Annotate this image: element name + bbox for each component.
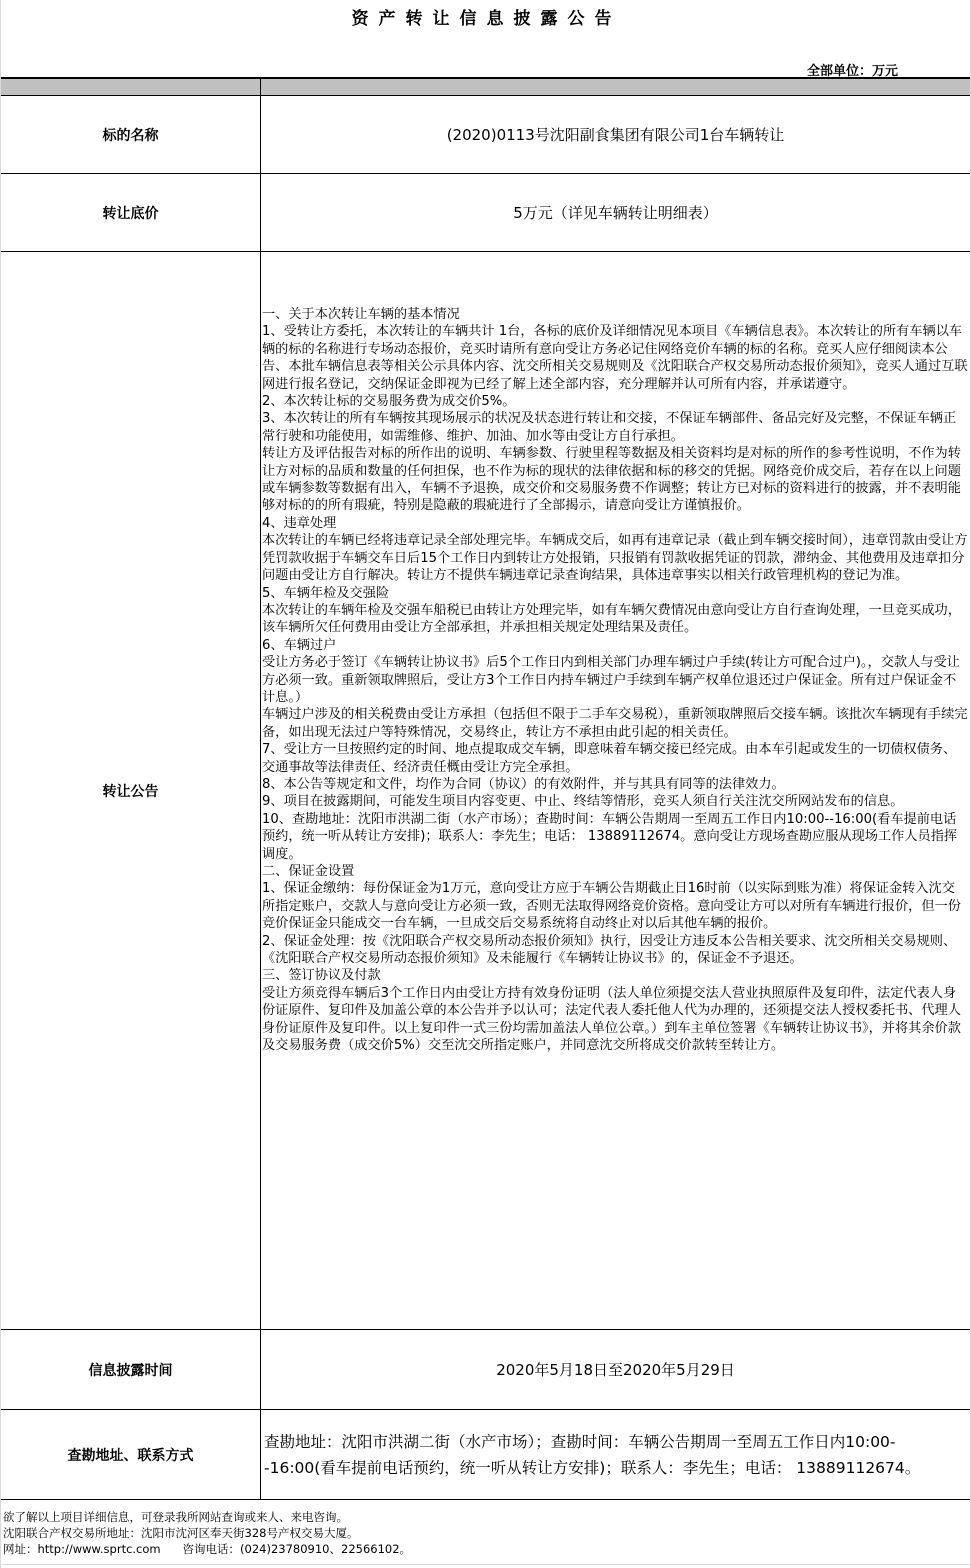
notice-paragraph: 7、受让方一旦按照约定的时间、地点提取成交车辆，即意味着车辆交接已经完成。由本车… — [262, 741, 968, 776]
row-inspection-contact: 查勘地址、联系方式 查勘地址：沈阳市洪湖二街（水产市场）；查勘时间：车辆公告期周… — [1, 1410, 971, 1500]
notice-paragraph: 3、本次转让的所有车辆按其现场展示的状况及状态进行转让和交接，不保证车辆部件、备… — [262, 410, 968, 445]
notice-paragraph: 8、本公告等规定和文件，均作为合同（协议）的有效附件，并与其具有同等的法律效力。 — [262, 776, 968, 793]
row-notice: 转让公告 一、关于本次转让车辆的基本情况 1、受转让方委托，本次转让的车辆共计 … — [1, 252, 971, 1330]
reserve-price-value: 5万元（详见车辆转让明细表） — [261, 174, 971, 252]
inspection-contact-label: 查勘地址、联系方式 — [1, 1410, 261, 1500]
page-title: 资产转让信息披露公告 — [1, 4, 971, 29]
notice-paragraph: 车辆过户涉及的相关税费由受让方承担（包括但不限于二手车交易税），重新领取牌照后交… — [262, 706, 968, 741]
notice-paragraphs: 一、关于本次转让车辆的基本情况 1、受转让方委托，本次转让的车辆共计 1台，各标… — [262, 252, 968, 1106]
notice-paragraph: 本次转让的车辆已经将违章记录全部处理完毕。车辆成交后，如再有违章记录（截止到车辆… — [262, 532, 968, 584]
notice-body: 一、关于本次转让车辆的基本情况 1、受转让方委托，本次转让的车辆共计 1台，各标… — [261, 252, 971, 1330]
footer-address: 沈阳联合产权交易所地址：沈阳市沈河区奉天街328号产权交易大厦。 — [3, 1525, 411, 1541]
footer-info: 欲了解以上项目详细信息，可登录我所网站查询或来人、来电咨询。 沈阳联合产权交易所… — [3, 1509, 411, 1557]
notice-paragraph: 10、查勘地址：沈阳市洪湖二街（水产市场）；查勘时间：车辆公告期周一至周五工作日… — [262, 811, 968, 863]
notice-paragraph: 三、签订协议及付款 — [262, 967, 968, 984]
notice-paragraph: 受让方须竞得车辆后3个工作日内由受让方持有效身份证明（法人单位须提交法人营业执照… — [262, 985, 968, 1055]
notice-paragraph: 受让方务必于签订《车辆转让协议书》后5个工作日内到相关部门办理车辆过户手续(转让… — [262, 654, 968, 706]
disclosure-period-value: 2020年5月18日至2020年5月29日 — [261, 1330, 971, 1410]
row-reserve-price: 转让底价 5万元（详见车辆转让明细表） — [1, 174, 971, 252]
notice-paragraph: 5、车辆年检及交强险 — [262, 585, 968, 602]
notice-paragraph: 二、保证金设置 — [262, 863, 968, 880]
disclosure-period-label: 信息披露时间 — [1, 1330, 261, 1410]
inspection-contact-value: 查勘地址：沈阳市洪湖二街（水产市场）；查勘时间：车辆公告期周一至周五工作日内10… — [261, 1410, 971, 1500]
header-band-left — [1, 78, 261, 96]
notice-paragraph: 转让方及评估报告对标的所作出的说明、车辆参数、行驶里程等数据及相关资料均是对标的… — [262, 445, 968, 515]
reserve-price-label: 转让底价 — [1, 174, 261, 252]
notice-paragraph: 1、受转让方委托，本次转让的车辆共计 1台，各标的底价及详细情况见本项目《车辆信… — [262, 323, 968, 393]
subject-name-label: 标的名称 — [1, 96, 261, 174]
footer-website-phone: 网址：http://www.sprtc.com 咨询电话：(024)237809… — [3, 1541, 411, 1557]
row-disclosure-period: 信息披露时间 2020年5月18日至2020年5月29日 — [1, 1330, 971, 1410]
row-subject-name: 标的名称 (2020)0113号沈阳副食集团有限公司1台车辆转让 — [1, 96, 971, 174]
notice-paragraph: 一、关于本次转让车辆的基本情况 — [262, 306, 968, 323]
disclosure-table: 标的名称 (2020)0113号沈阳副食集团有限公司1台车辆转让 转让底价 5万… — [1, 77, 971, 1500]
notice-paragraph: 本次转让的车辆年检及交强车船税已由转让方处理完毕，如有车辆欠费情况由意向受让方自… — [262, 602, 968, 637]
notice-paragraph: 6、车辆过户 — [262, 637, 968, 654]
subject-name-value: (2020)0113号沈阳副食集团有限公司1台车辆转让 — [261, 96, 971, 174]
notice-paragraph: 2、保证金处理：按《沈阳联合产权交易所动态报价须知》执行，因受让方违反本公告相关… — [262, 933, 968, 968]
footer-consult-note: 欲了解以上项目详细信息，可登录我所网站查询或来人、来电咨询。 — [3, 1509, 411, 1525]
notice-paragraph: 9、项目在披露期间，可能发生项目内容变更、中止、终结等情形，竞买人须自行关注沈交… — [262, 793, 968, 810]
notice-paragraph: 1、保证金缴纳：每份保证金为1万元，意向受让方应于车辆公告期截止日16时前（以实… — [262, 880, 968, 932]
page-bottom-border — [1, 1564, 971, 1568]
notice-label: 转让公告 — [1, 252, 261, 1330]
header-band-right — [261, 78, 971, 96]
table-header-band — [1, 78, 971, 96]
notice-paragraph: 2、本次转让标的交易服务费为成交价5%。 — [262, 393, 968, 410]
notice-paragraph: 4、违章处理 — [262, 515, 968, 532]
